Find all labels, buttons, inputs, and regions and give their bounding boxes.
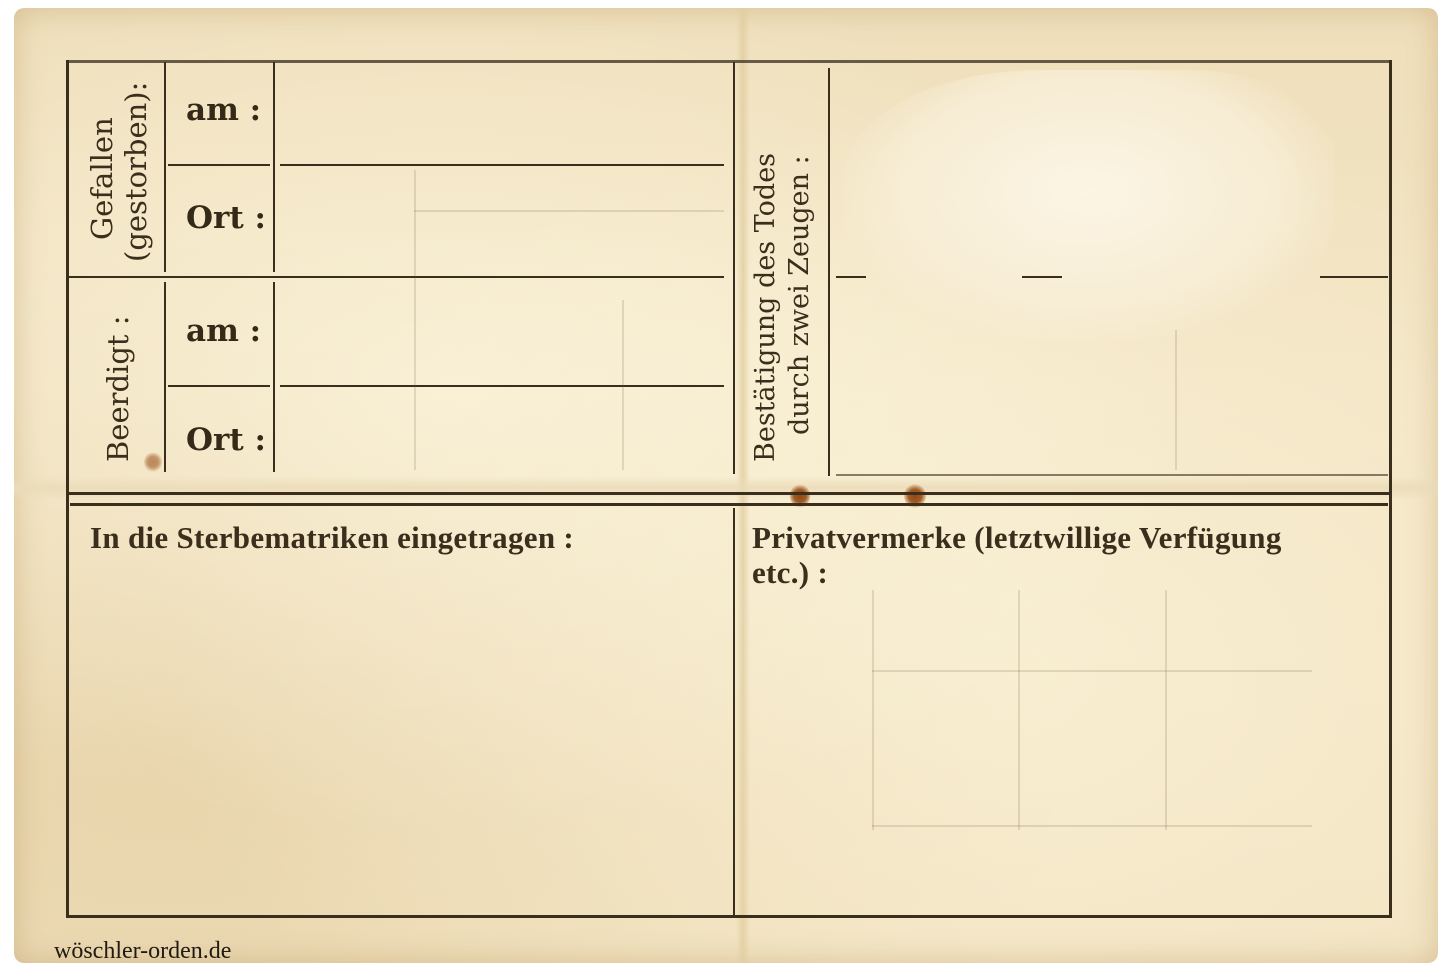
show-through-line [872, 590, 874, 830]
frame-bottom-border [66, 915, 1392, 918]
gefallen-row-divider-left [168, 164, 270, 166]
bestaetigung-title-divider [828, 68, 830, 476]
show-through-line [1018, 590, 1020, 830]
beerdigt-title: Beerdigt : [100, 315, 136, 462]
witness-divider-b [1022, 276, 1062, 278]
beerdigt-row-divider-right [280, 385, 724, 387]
frame-top-border [66, 60, 1392, 63]
show-through-line [414, 170, 416, 470]
beerdigt-place-label: Ort : [186, 422, 266, 458]
privatvermerke-heading-line2: etc.) : [752, 558, 828, 588]
gefallen-place-field[interactable] [282, 168, 722, 272]
bottom-center-divider [733, 508, 735, 916]
gefallen-row-divider-right [280, 164, 724, 166]
double-rule-bottom [70, 503, 1388, 506]
gefallen-beerdigt-divider [68, 276, 724, 278]
beerdigt-title-divider [164, 282, 166, 472]
show-through-line [622, 300, 624, 470]
bestaetigung-subtitle: durch zwei Zeugen : [782, 155, 818, 435]
sterbematriken-field[interactable] [80, 565, 720, 910]
beerdigt-place-field[interactable] [282, 390, 722, 470]
double-rule-top [68, 492, 1390, 495]
bestaetigung-bottom-border [836, 474, 1388, 476]
gefallen-subtitle: (gestorben): [118, 82, 154, 262]
gefallen-date-field[interactable] [282, 66, 722, 162]
beerdigt-date-field[interactable] [282, 282, 722, 382]
witness-2-field[interactable] [836, 280, 1384, 470]
witness-divider-c [1320, 276, 1388, 278]
horizontal-fold-crease [14, 476, 1438, 500]
gefallen-label-divider [273, 62, 275, 272]
show-through-line [1165, 590, 1167, 830]
show-through-line [1175, 330, 1177, 470]
privatvermerke-field[interactable] [742, 595, 1382, 910]
beerdigt-label-divider [273, 282, 275, 472]
show-through-line [872, 670, 1312, 672]
show-through-line [414, 210, 724, 212]
gefallen-title-divider [164, 62, 166, 272]
frame-right-border [1389, 60, 1392, 918]
frame-left-border [66, 60, 69, 918]
privatvermerke-heading-line1: Privatvermerke (letztwillige Verfügung [752, 523, 1282, 553]
show-through-line [872, 825, 1312, 827]
gefallen-title: Gefallen [84, 117, 120, 240]
gefallen-place-label: Ort : [186, 200, 266, 236]
beerdigt-row-divider-left [168, 385, 270, 387]
gefallen-date-label: am : [186, 92, 261, 128]
witness-1-field[interactable] [836, 70, 1384, 274]
sterbematriken-heading: In die Sterbematriken eingetragen : [90, 523, 574, 553]
witness-divider-a [836, 276, 866, 278]
bestaetigung-title: Bestätigung des Todes [748, 153, 784, 462]
beerdigt-date-label: am : [186, 313, 261, 349]
rust-stain [144, 452, 162, 472]
watermark: wöschler-orden.de [54, 938, 231, 965]
bestaetigung-left-border [733, 62, 735, 474]
